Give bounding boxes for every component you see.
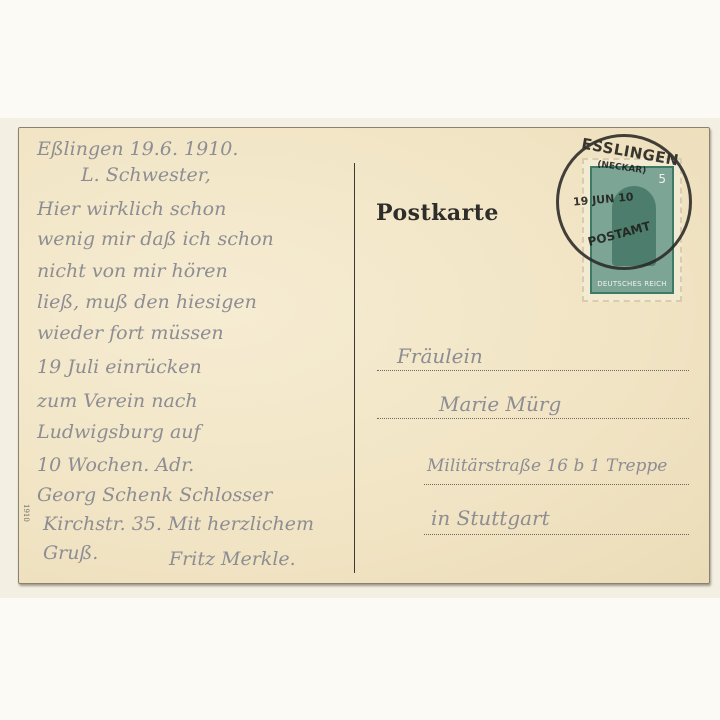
center-divider — [354, 163, 355, 573]
address-line: Marie Mürg — [439, 392, 561, 416]
postcard-title: Postkarte — [376, 200, 499, 226]
address-rule — [377, 418, 689, 419]
postmark-cancel: ESSLINGEN (NECKAR) 19 JUN 10 POSTAMT — [556, 134, 692, 270]
message-line: wieder fort müssen — [37, 322, 224, 344]
address-line: Militärstraße 16 b 1 Treppe — [427, 456, 667, 476]
signature: Fritz Merkle. — [169, 548, 296, 570]
message-line: Ludwigsburg auf — [37, 421, 201, 443]
message-line: 10 Wochen. Adr. — [37, 454, 194, 476]
message-line: nicht von mir hören — [37, 260, 228, 282]
message-line: Georg Schenk Schlosser — [37, 484, 272, 506]
address-rule — [377, 370, 689, 371]
message-line: Gruß. — [43, 542, 98, 564]
postmark-date: 19 JUN 10 — [573, 190, 634, 208]
message-line: ließ, muß den hiesigen — [37, 291, 257, 313]
stamp-country: DEUTSCHES REICH — [592, 280, 672, 288]
message-line: wenig mir daß ich schon — [37, 228, 274, 250]
message-line: Eßlingen 19.6. 1910. — [37, 138, 238, 160]
address-line: Fräulein — [397, 344, 483, 368]
postmark-office: POSTAMT — [586, 219, 652, 249]
message-line: 19 Juli einrücken — [37, 356, 202, 378]
message-line: zum Verein nach — [37, 390, 198, 412]
message-line: L. Schwester, — [81, 164, 211, 186]
message-line: Kirchstr. 35. Mit herzlichem — [43, 513, 314, 535]
address-line: in Stuttgart — [431, 506, 550, 530]
postcard: Eßlingen 19.6. 1910. L. Schwester, Hier … — [18, 127, 710, 584]
message-line: Hier wirklich schon — [37, 198, 226, 220]
address-rule — [424, 484, 689, 485]
print-code: 1910 — [22, 504, 30, 522]
address-rule — [424, 534, 689, 535]
